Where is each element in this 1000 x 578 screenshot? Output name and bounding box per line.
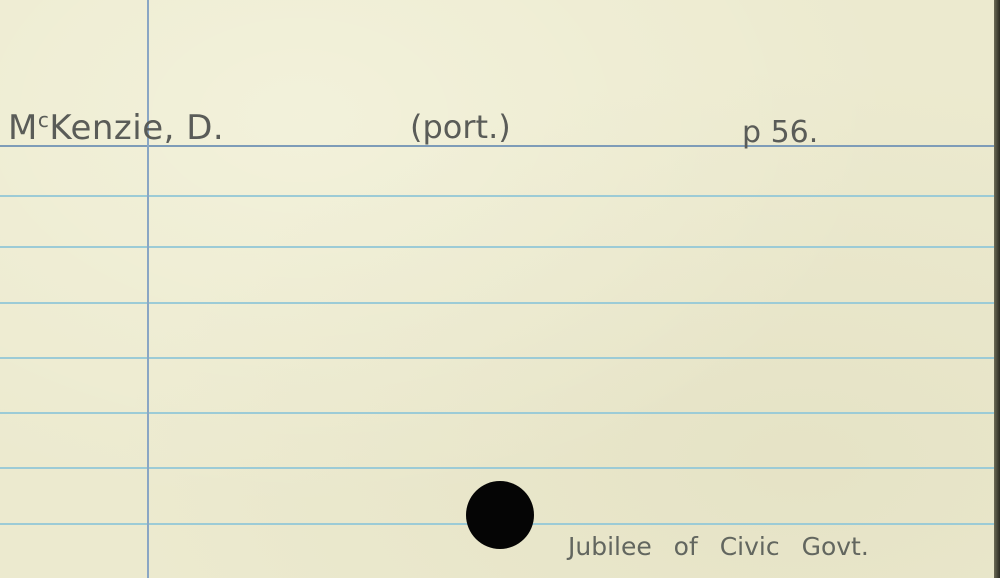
page-reference: p 56. [742,115,818,150]
ruled-line [0,467,994,469]
ruled-line [0,195,994,197]
entry-note: (port.) [410,108,511,146]
card-edge [994,0,1000,578]
ruled-line [0,357,994,359]
punch-hole [466,481,534,549]
index-card: McKenzie, D. (port.) p 56. Jubilee of Ci… [0,0,1000,578]
margin-line [147,0,149,578]
source-title: Jubilee of Civic Govt. [568,532,869,561]
ruled-line [0,412,994,414]
ruled-line [0,246,994,248]
entry-name: McKenzie, D. [8,108,224,148]
ruled-line [0,302,994,304]
